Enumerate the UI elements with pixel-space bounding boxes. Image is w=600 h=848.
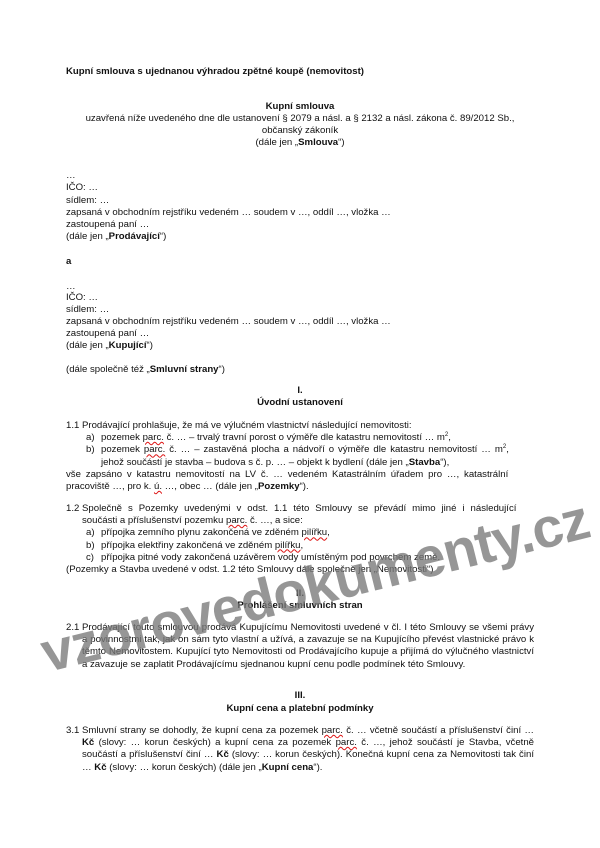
paragraph-number: 1.2 bbox=[66, 503, 79, 515]
buyer-ico: IČO: … bbox=[66, 292, 98, 304]
list-item-c: c)přípojka pitné vody zakončená uzávěrem… bbox=[66, 552, 534, 564]
section-2-number: II. bbox=[66, 588, 534, 600]
contract-subheading-line1: uzavřená níže uvedeného dne dle ustanove… bbox=[66, 113, 534, 125]
buyer-alias: (dále jen „Kupující“) bbox=[66, 340, 153, 352]
section-3-title: Kupní cena a platební podmínky bbox=[66, 703, 534, 715]
paragraph-number: 1.1 bbox=[66, 420, 79, 432]
document-title: Kupní smlouva s ujednanou výhradou zpětn… bbox=[66, 66, 364, 78]
parties-alias: (dále společně též „Smluvní strany“) bbox=[66, 364, 225, 376]
seller-name: … bbox=[66, 170, 76, 182]
contract-heading: Kupní smlouva bbox=[66, 101, 534, 113]
list-item-b: b) pozemek parc. č. … – zastavěná plocha… bbox=[66, 444, 534, 456]
paragraph-1-1: 1.1 Prodávající prohlašuje, že má ve výl… bbox=[66, 420, 534, 493]
list-item-b: b)přípojka elektřiny zakončená ve zděném… bbox=[66, 540, 534, 552]
paragraph-close: (Pozemky a Stavba uvedené v odst. 1.2 té… bbox=[66, 564, 534, 576]
seller-alias: (dále jen „Prodávající“) bbox=[66, 231, 166, 243]
list-item-a: a)přípojka zemního plynu zakončená ve zd… bbox=[66, 527, 534, 539]
paragraph-1-2: 1.2 Společně s Pozemky uvedenými v odst.… bbox=[66, 503, 534, 576]
contract-subheading-line2: občanský zákoník bbox=[66, 125, 534, 137]
list-item-a: a) pozemek parc. č. … – trvalý travní po… bbox=[66, 432, 534, 444]
list-item-b-cont: jehož součástí je stavba – budova s č. p… bbox=[66, 457, 534, 469]
buyer-representative: zastoupená paní … bbox=[66, 328, 149, 340]
section-3-number: III. bbox=[66, 690, 534, 702]
and-separator: a bbox=[66, 256, 71, 268]
paragraph-number: 2.1 bbox=[66, 622, 79, 634]
contract-alias: (dále jen „Smlouva“) bbox=[66, 137, 534, 149]
seller-seat: sídlem: … bbox=[66, 195, 109, 207]
paragraph-close-line2: pracoviště …, pro k. ú. …, obec … (dále … bbox=[66, 481, 534, 493]
section-1-number: I. bbox=[66, 385, 534, 397]
section-2-title: Prohlášení smluvních stran bbox=[66, 600, 534, 612]
seller-representative: zastoupená paní … bbox=[66, 219, 149, 231]
seller-ico: IČO: … bbox=[66, 182, 98, 194]
buyer-register: zapsaná v obchodním rejstříku vedeném … … bbox=[66, 316, 391, 328]
paragraph-close-line1: vše zapsáno v katastru nemovitostí na LV… bbox=[66, 469, 534, 481]
paragraph-2-1: 2.1 Prodávající touto smlouvou prodává K… bbox=[66, 622, 534, 671]
section-1-title: Úvodní ustanovení bbox=[66, 397, 534, 409]
buyer-seat: sídlem: … bbox=[66, 304, 109, 316]
paragraph-3-1: 3.1 Smluvní strany se dohodly, že kupní … bbox=[66, 725, 534, 774]
paragraph-number: 3.1 bbox=[66, 725, 79, 737]
seller-register: zapsaná v obchodním rejstříku vedeném … … bbox=[66, 207, 391, 219]
